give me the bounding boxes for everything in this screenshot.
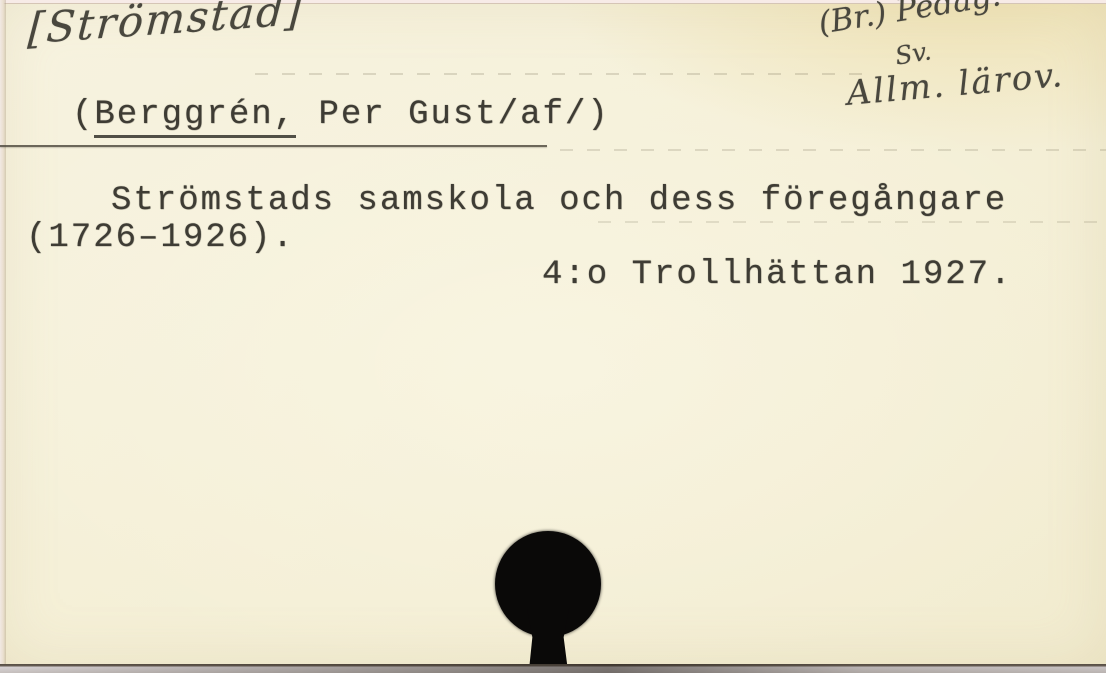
- author-forenames: Per Gust/af/): [296, 96, 610, 134]
- card-left-edge: [0, 0, 6, 665]
- classification-line-2: Sv.: [893, 36, 933, 70]
- classification-line-1: (Br.) Pedag.: [816, 0, 1003, 42]
- card-bottom-edge: [0, 664, 1106, 673]
- classification-line-3: Allm. lärov.: [845, 55, 1066, 114]
- subject-heading: [Strömstad]: [27, 0, 306, 53]
- author-surname-underlined: Berggrén,: [94, 96, 296, 138]
- faint-guide-rule-lower: [598, 221, 1098, 223]
- author-line: (Berggrén, Per Gust/af/): [72, 96, 610, 134]
- author-rule-line: [0, 145, 547, 147]
- title-line-2: (1726–1926).: [26, 219, 295, 257]
- imprint-line: 4:o Trollhättan 1927.: [542, 256, 1012, 294]
- author-open-paren: (: [72, 96, 94, 134]
- faint-guide-rule-middle: [560, 149, 1106, 151]
- faint-guide-rule-top: [255, 73, 875, 75]
- catalog-card: [Strömstad] (Br.) Pedag. Sv. Allm. lärov…: [0, 0, 1106, 665]
- title-line-1: Strömstads samskola och dess föregångare: [111, 182, 1007, 220]
